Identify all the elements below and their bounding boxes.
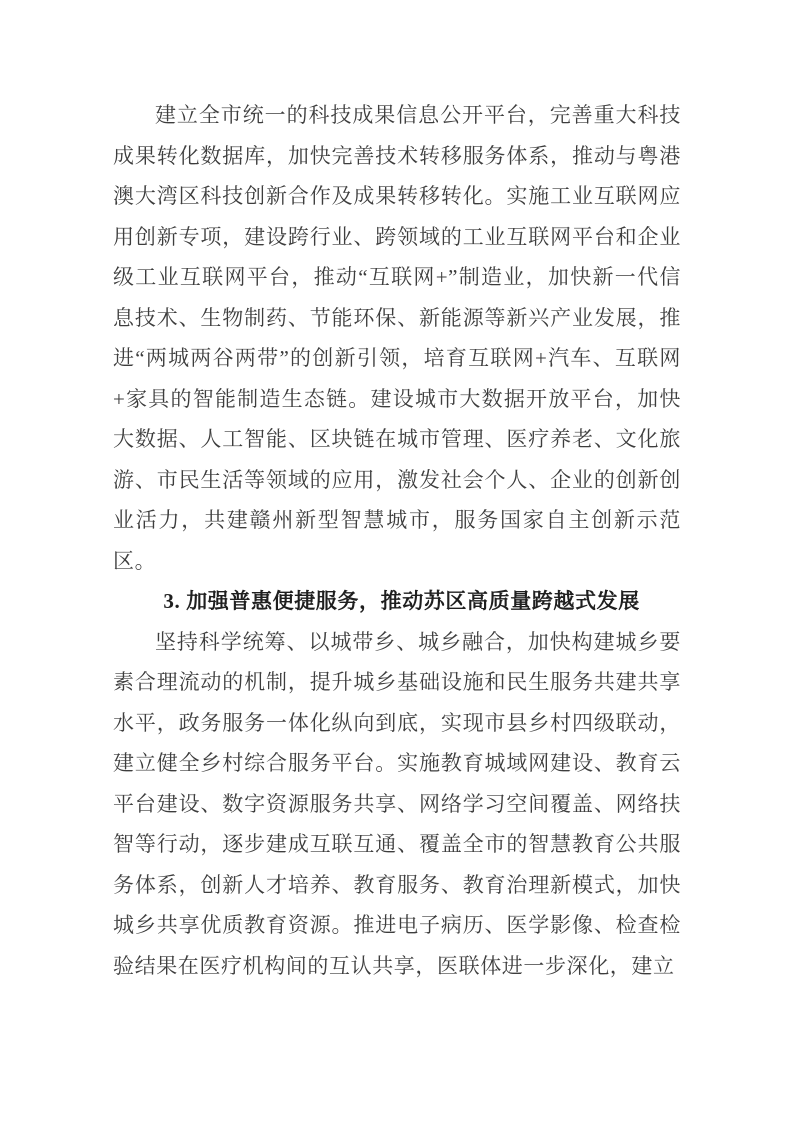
document-text-block: 建立全市统一的科技成果信息公开平台，完善重大科技成果转化数据库，加快完善技术转移… [113, 95, 681, 986]
paragraph-science-tech-platform: 建立全市统一的科技成果信息公开平台，完善重大科技成果转化数据库，加快完善技术转移… [113, 95, 681, 581]
paragraph-urban-rural-public-services: 坚持科学统筹、以城带乡、城乡融合，加快构建城乡要素合理流动的机制，提升城乡基础设… [113, 622, 681, 987]
section-heading-3-inclusive-services: 3. 加强普惠便捷服务，推动苏区高质量跨越式发展 [113, 581, 681, 622]
document-page: 建立全市统一的科技成果信息公开平台，完善重大科技成果转化数据库，加快完善技术转移… [0, 0, 793, 1122]
